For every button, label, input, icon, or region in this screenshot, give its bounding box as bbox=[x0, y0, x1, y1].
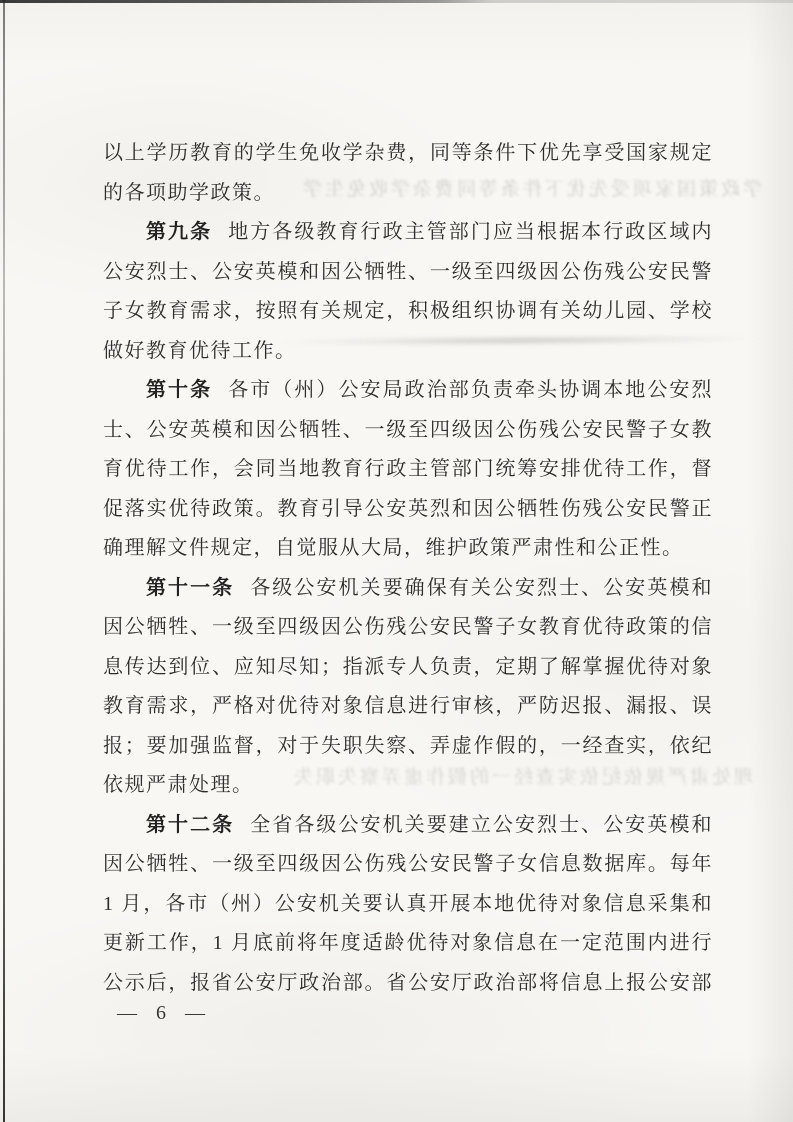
document-line: 息传达到位、应知尽知；指派专人负责，定期了解掌握优待对象 bbox=[103, 648, 713, 688]
article-number: 第九条 bbox=[146, 221, 212, 243]
page-number: — 6 — bbox=[117, 1002, 207, 1025]
document-line: 育优待工作，会同当地教育行政主管部门统筹安排优待工作，督 bbox=[103, 450, 713, 490]
document-line: 第十条各市（州）公安局政治部负责牵头协调本地公安烈 bbox=[103, 371, 713, 411]
scan-shade-right bbox=[748, 0, 793, 1122]
document-line: 公示后，报省公安厅政治部。省公安厅政治部将信息上报公安部 bbox=[103, 964, 713, 1004]
document-line: 第九条地方各级教育行政主管部门应当根据本行政区域内 bbox=[103, 213, 713, 253]
scan-edge-left bbox=[3, 0, 5, 1122]
document-line: 1 月，各市（州）公安机关要认真开展本地优待对象信息采集和 bbox=[103, 885, 713, 925]
document-line: 因公牺牲、一级至四级因公伤残公安民警子女教育优待政策的信 bbox=[103, 608, 713, 648]
article-number: 第十一条 bbox=[146, 577, 234, 599]
document-line: 确理解文件规定，自觉服从大局，维护政策严肃性和公正性。 bbox=[103, 529, 713, 569]
document-page: 学政策国家项受先优下件条等同费杂学收免生学 理处肃严规依纪依实查经一的假作虚弄察… bbox=[0, 0, 793, 1122]
document-line: 公安烈士、公安英模和因公牺牲、一级至四级因公伤残公安民警 bbox=[103, 253, 713, 293]
document-line: 子女教育需求，按照有关规定，积极组织协调有关幼儿园、学校 bbox=[103, 292, 713, 332]
document-line: 依规严肃处理。 bbox=[103, 766, 713, 806]
document-line: 以上学历教育的学生免收学杂费，同等条件下优先享受国家规定 bbox=[103, 134, 713, 174]
scan-edge-top bbox=[0, 0, 793, 3]
document-line: 促落实优待政策。教育引导公安英烈和因公牺牲伤残公安民警正 bbox=[103, 490, 713, 530]
scan-shade-bottom bbox=[0, 1052, 793, 1122]
document-line: 士、公安英模和因公牺牲、一级至四级因公伤残公安民警子女教 bbox=[103, 411, 713, 451]
document-line: 做好教育优待工作。 bbox=[103, 332, 713, 372]
document-line: 因公牺牲、一级至四级因公伤残公安民警子女信息数据库。每年 bbox=[103, 845, 713, 885]
document-line: 更新工作，1 月底前将年度适龄优待对象信息在一定范围内进行 bbox=[103, 924, 713, 964]
document-line: 报；要加强监督，对于失职失察、弄虚作假的，一经查实，依纪 bbox=[103, 727, 713, 767]
article-number: 第十条 bbox=[146, 379, 212, 401]
document-body: 以上学历教育的学生免收学杂费，同等条件下优先享受国家规定的各项助学政策。第九条地… bbox=[103, 134, 713, 1003]
document-line: 的各项助学政策。 bbox=[103, 174, 713, 214]
document-line: 第十二条全省各级公安机关要建立公安烈士、公安英模和 bbox=[103, 806, 713, 846]
document-line: 教育需求，严格对优待对象信息进行审核，严防迟报、漏报、误 bbox=[103, 687, 713, 727]
article-number: 第十二条 bbox=[146, 814, 234, 836]
document-line: 第十一条各级公安机关要确保有关公安烈士、公安英模和 bbox=[103, 569, 713, 609]
